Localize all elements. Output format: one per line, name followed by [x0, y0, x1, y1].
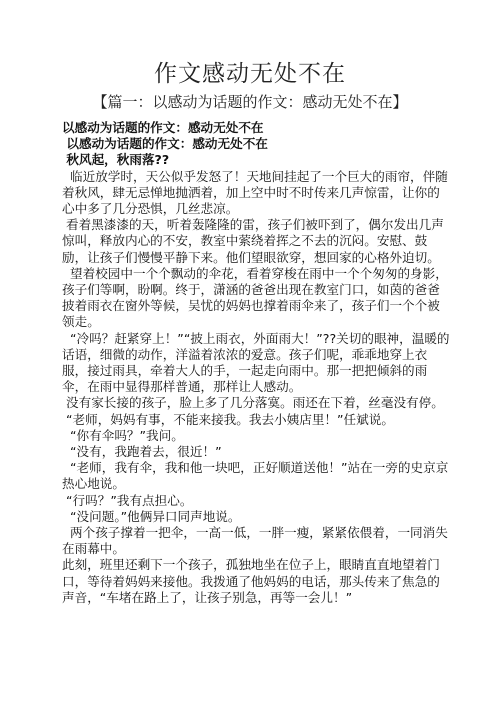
paragraph: 看着黑漆漆的天，听着轰隆隆的雷，孩子们被吓到了，偶尔发出几声惊叫，释放内心的不安… — [62, 217, 450, 266]
paragraph: “老师，妈妈有事，不能来接我。我去小姨店里！”任斌说。 — [62, 412, 450, 428]
page-title: 作文感动无处不在 — [0, 60, 500, 88]
page-subtitle: 【篇一：以感动为话题的作文：感动无处不在】 — [0, 92, 500, 112]
paragraph: 没有家长接的孩子，脸上多了几分落寞。雨还在下着，丝毫没有停。 — [62, 395, 450, 411]
paragraph: “没问题。”他俩异口同声地说。 — [62, 509, 450, 525]
paragraph: 两个孩子撑着一把伞，一高一低，一胖一瘦，紧紧依偎着，一同消失在雨幕中。 — [62, 525, 450, 557]
paragraph: 望着校园中一个个飘动的伞花，看着穿梭在雨中一个个匆匆的身影，孩子们等啊，盼啊。终… — [62, 266, 450, 331]
document-page: 作文感动无处不在 【篇一：以感动为话题的作文：感动无处不在】 以感动为话题的作文… — [0, 0, 500, 707]
paragraph: 临近放学时，天公似乎发怒了！天地间挂起了一个巨大的雨帘，伴随着秋风，肆无忌惮地抛… — [62, 169, 450, 218]
essay-heading-1: 以感动为话题的作文：感动无处不在 — [62, 120, 450, 136]
paragraph: “老师，我有伞，我和他一块吧，正好顺道送他！”站在一旁的史京京热心地说。 — [62, 460, 450, 492]
essay-body: 以感动为话题的作文：感动无处不在 以感动为话题的作文：感动无处不在 秋风起，秋雨… — [62, 120, 450, 606]
paragraph: “你有伞吗？”我问。 — [62, 428, 450, 444]
essay-heading-2: 以感动为话题的作文：感动无处不在 — [62, 136, 450, 152]
paragraph: “冷吗？赶紧穿上！”“披上雨衣，外面雨大！”??关切的眼神，温暖的话语，细微的动… — [62, 331, 450, 396]
paragraph: 此刻，班里还剩下一个孩子，孤独地坐在位子上，眼睛直直地望着门口，等待着妈妈来接他… — [62, 557, 450, 606]
paragraph: “没有，我跑着去，很近！” — [62, 444, 450, 460]
essay-heading-3: 秋风起，秋雨落?? — [62, 152, 450, 168]
paragraph: “行吗？”我有点担心。 — [62, 493, 450, 509]
